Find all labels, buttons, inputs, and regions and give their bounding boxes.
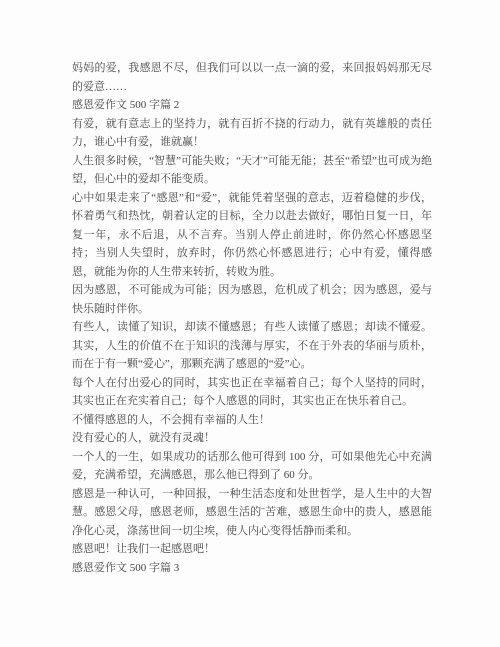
- essay-paragraph: 一个人的一生，如果成功的话那么他可得到 100 分，可如果他先心中充满爱，充满希…: [72, 448, 432, 485]
- section-heading: 感恩爱作文 500 字篇 3: [72, 559, 432, 578]
- essay-paragraph: 没有爱心的人，就没有灵魂！: [72, 429, 432, 448]
- essay-paragraph: 有爱，就有意志上的坚持力，就有百折不挠的行动力，就有英雄般的责任力，谁心中有爱，…: [72, 115, 432, 152]
- essay-paragraph: 不懂得感恩的人，不会拥有幸福的人生！: [72, 411, 432, 430]
- essay-paragraph: 感恩吧！让我们一起感恩吧！: [72, 540, 432, 559]
- essay-body: 妈妈的爱，我感恩不尽，但我们可以以一点一滴的爱，来回报妈妈那无尽的爱意……感恩爱…: [72, 59, 432, 577]
- essay-paragraph: 感恩是一种认可，一种回报，一种生活态度和处世哲学，是人生中的大智慧。感恩父母，感…: [72, 485, 432, 541]
- essay-paragraph: 妈妈的爱，我感恩不尽，但我们可以以一点一滴的爱，来回报妈妈那无尽的爱意……: [72, 59, 432, 96]
- document-page: 妈妈的爱，我感恩不尽，但我们可以以一点一滴的爱，来回报妈妈那无尽的爱意……感恩爱…: [0, 0, 500, 647]
- essay-paragraph: 因为感恩，不可能成为可能；因为感恩，危机成了机会；因为感恩，爱与快乐随时伴你。: [72, 281, 432, 318]
- essay-paragraph: 人生很多时候，“智慧”可能失败；“天才”可能无能；甚至“希望”也可成为绝望，但心…: [72, 152, 432, 189]
- essay-paragraph: 每个人在付出爱心的同时，其实也正在幸福着自己；每个人坚持的同时，其实也正在充实着…: [72, 374, 432, 411]
- essay-paragraph: 心中如果走来了“感恩”和“爱”，就能凭着坚强的意志，迈着稳健的步伐，怀着勇气和热…: [72, 189, 432, 282]
- essay-paragraph: 有些人，读懂了知识，却读不懂感恩；有些人读懂了感恩；却读不懂爱。其实，人生的价值…: [72, 318, 432, 374]
- section-heading: 感恩爱作文 500 字篇 2: [72, 96, 432, 115]
